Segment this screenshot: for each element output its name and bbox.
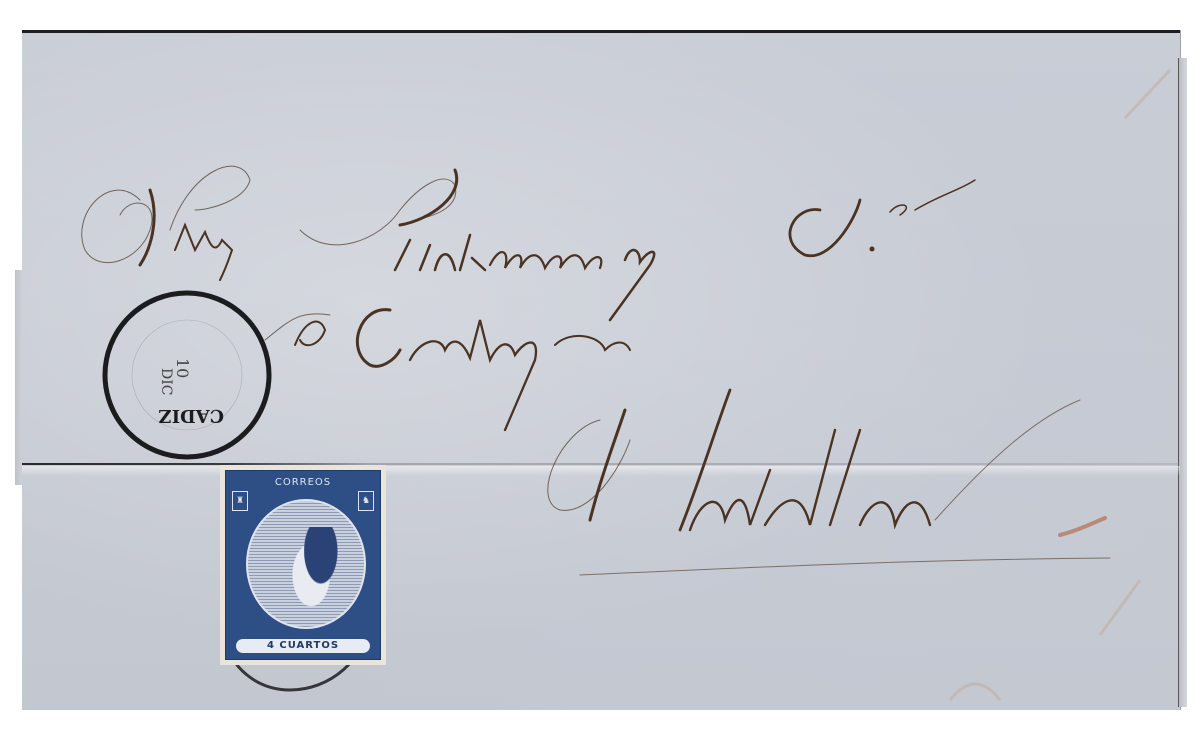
stamp-value-label: 4 CUARTOS xyxy=(236,639,370,653)
stamp-medallion xyxy=(246,499,366,629)
svg-text:CADIZ: CADIZ xyxy=(159,405,224,426)
stamp-top-label: CORREOS xyxy=(226,477,380,488)
stamp-frame: CORREOS ♜ ♞ 4 CUARTOS xyxy=(225,470,381,660)
lion-icon: ♞ xyxy=(358,491,374,511)
postage-stamp: CORREOS ♜ ♞ 4 CUARTOS xyxy=(220,465,386,665)
queen-profile-icon xyxy=(292,527,340,607)
castle-icon: ♜ xyxy=(232,491,248,511)
